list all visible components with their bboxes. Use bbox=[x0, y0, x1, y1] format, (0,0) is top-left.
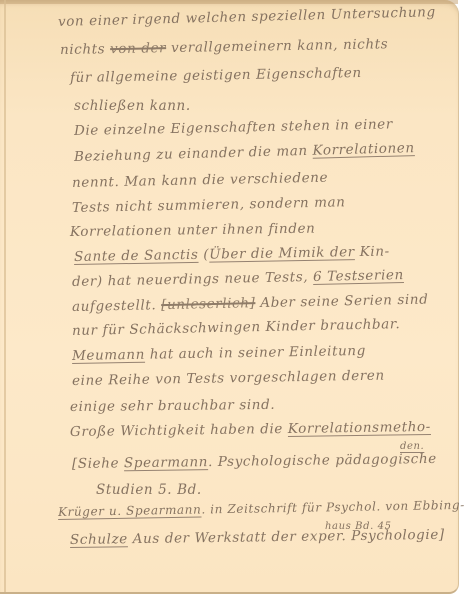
text-line-11: der) hat neuerdings neue Tests, 6 Testse… bbox=[72, 267, 404, 290]
underlined-name: Meumann bbox=[72, 347, 145, 364]
underlined-term: Korrelationen bbox=[312, 140, 415, 159]
text-line-20: Krüger u. Spearmann. in Zeitschrift für … bbox=[58, 498, 465, 519]
text-line-19: Studien 5. Bd. bbox=[96, 482, 202, 498]
text-line-17: Große Wichtigkeit haben die Korrelations… bbox=[70, 419, 431, 440]
line-text: Die einzelne Eigenschaften stehen in ein… bbox=[74, 116, 393, 139]
text-line-6: Beziehung zu einander die man Korrelatio… bbox=[74, 140, 415, 165]
line-text: [Siehe bbox=[72, 455, 124, 472]
text-line-5: Die einzelne Eigenschaften stehen in ein… bbox=[74, 116, 393, 139]
line-text: Studien 5. Bd. bbox=[96, 482, 202, 498]
text-line-13: nur für Schäckschwingen Kinder brauchbar… bbox=[72, 316, 401, 339]
line-text: Aber seine Serien sind bbox=[255, 292, 428, 312]
underlined-name: Krüger u. Spearmann bbox=[58, 502, 202, 519]
line-text: nennt. Man kann die verschiedene bbox=[72, 170, 328, 191]
text-line-10: Sante de Sanctis (Über die Mimik der Kin… bbox=[74, 243, 390, 265]
manuscript-page: von einer irgend welchen speziellen Unte… bbox=[0, 0, 459, 594]
text-line-7: nennt. Man kann die verschiedene bbox=[72, 170, 328, 191]
line-text: Kin- bbox=[355, 243, 390, 260]
binding-line bbox=[4, 0, 6, 592]
text-line-16: einige sehr brauchbar sind. bbox=[70, 397, 275, 415]
text-line-8: Tests nicht summieren, sondern man bbox=[72, 194, 346, 216]
text-line-4: schließen kann. bbox=[74, 98, 191, 114]
underlined-title: Über die Mimik der bbox=[209, 244, 355, 263]
line-text: von einer irgend welchen speziellen Unte… bbox=[58, 4, 436, 30]
line-text: Aus der Werkstatt der exper. Psychologie… bbox=[128, 527, 445, 547]
text-line-18: [Siehe Spearmann. Psychologische pädagog… bbox=[72, 451, 437, 472]
line-text: nichts bbox=[60, 41, 110, 58]
struck-text: von der bbox=[110, 40, 166, 57]
underlined-term: 6 Testserien bbox=[313, 267, 404, 285]
text-line-1: von einer irgend welchen speziellen Unte… bbox=[58, 4, 436, 30]
page-top-edge bbox=[0, 0, 458, 4]
underlined-name: Sante de Sanctis bbox=[74, 247, 199, 265]
line-text: . in Zeitschrift für Psychol. von Ebbing… bbox=[201, 498, 465, 517]
line-text: verallgemeinern kann, nichts bbox=[166, 36, 388, 56]
line-text: Tests nicht summieren, sondern man bbox=[72, 194, 346, 216]
text-line-3: für allgemeine geistigen Eigenschaften bbox=[70, 65, 362, 86]
line-text: . Psychologische pädagogische bbox=[208, 451, 437, 470]
line-text: einige sehr brauchbar sind. bbox=[70, 397, 275, 415]
underlined-term: Korrelationsmetho- bbox=[288, 419, 431, 437]
text-line-14: Meumann hat auch in seiner Einleitung bbox=[72, 343, 366, 364]
text-line-2: nichts von der verallgemeinern kann, nic… bbox=[60, 36, 389, 58]
line-text: ( bbox=[198, 247, 209, 263]
line-text: nur für Schäckschwingen Kinder brauchbar… bbox=[72, 316, 401, 339]
line-text: aufgestellt. bbox=[72, 297, 161, 315]
line-text: für allgemeine geistigen Eigenschaften bbox=[70, 65, 362, 86]
underlined-name: Spearmann bbox=[124, 454, 208, 471]
text-line-15: eine Reihe von Tests vorgeschlagen deren bbox=[72, 368, 385, 389]
line-text: der) hat neuerdings neue Tests, bbox=[72, 269, 313, 290]
line-text: Beziehung zu einander die man bbox=[74, 143, 313, 165]
underlined-name: Schulze bbox=[70, 531, 128, 548]
text-line-12: aufgestellt. [unleserlich] Aber seine Se… bbox=[72, 292, 429, 315]
line-text: hat auch in seiner Einleitung bbox=[145, 343, 366, 363]
struck-text: [unleserlich] bbox=[161, 295, 256, 313]
line-text: Große Wichtigkeit haben die bbox=[70, 421, 288, 440]
text-line-21: Schulze Aus der Werkstatt der exper. Psy… bbox=[70, 527, 445, 548]
line-text: schließen kann. bbox=[74, 98, 191, 114]
text-line-9: Korrelationen unter ihnen finden bbox=[70, 221, 316, 240]
line-text: eine Reihe von Tests vorgeschlagen deren bbox=[72, 368, 385, 389]
line-text: Korrelationen unter ihnen finden bbox=[70, 221, 316, 240]
